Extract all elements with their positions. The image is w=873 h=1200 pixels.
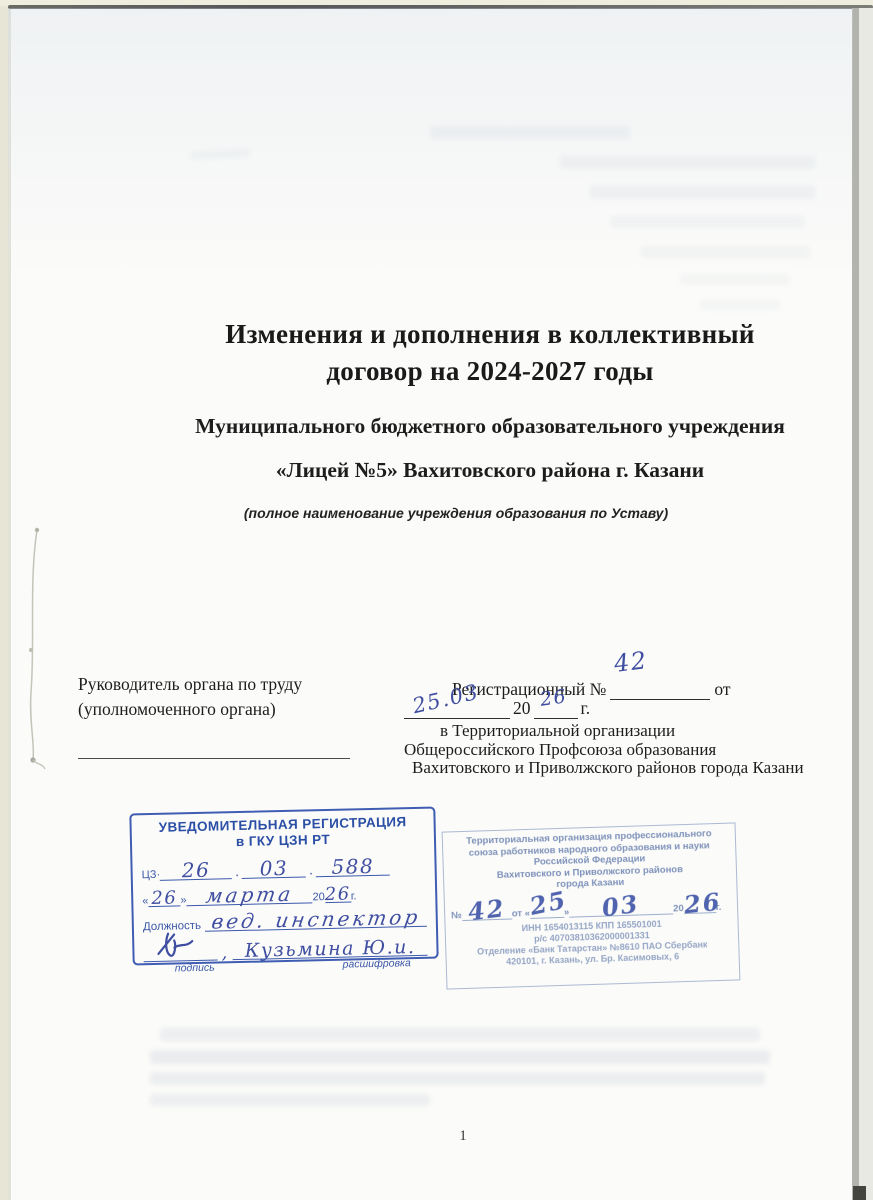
labor-authority-line-1: Руководитель органа по труду: [78, 672, 302, 697]
bleed-through-smudge: [160, 1028, 760, 1041]
registration-year-prefix: 20: [513, 698, 531, 719]
month-value: марта: [205, 886, 295, 904]
registration-org-line-2: Общероссийского Профсоюза образования: [404, 740, 716, 760]
cz-value-1: 26: [182, 862, 211, 879]
signature-blank: [143, 929, 218, 963]
title-line-2: договор на 2024-2027 годы: [100, 353, 873, 390]
day-value: 26: [151, 891, 177, 906]
scan-tint: [8, 8, 853, 278]
union-no-blank: 42: [461, 899, 512, 921]
union-day-blank: 25: [529, 897, 564, 918]
cz-separator-2: .: [309, 861, 313, 877]
union-year-prefix: 20: [673, 903, 684, 914]
name-blank: Кузьмина Ю.и.: [232, 937, 427, 960]
labor-authority-signature-line: [78, 758, 350, 759]
organization-name-line-2: «Лицей №5» Вахитовского района г. Казани: [100, 458, 873, 483]
bleed-through-smudge: [150, 1072, 765, 1085]
stamp-signature-row: , Кузьмина Ю.и.: [143, 929, 428, 962]
year-blank: 26: [324, 883, 350, 903]
signature-icon: [154, 931, 207, 958]
bleed-through-smudge: [150, 1094, 430, 1106]
registration-year-suffix: г.: [581, 698, 591, 719]
cz-label: ЦЗ·: [142, 869, 161, 881]
employment-center-stamp: УВЕДОМИТЕЛЬНАЯ РЕГИСТРАЦИЯ в ГКУ ЦЗН РТ …: [129, 807, 438, 966]
registration-number-handwritten: 42: [612, 646, 649, 678]
union-month-blank: 03: [569, 894, 674, 917]
union-stamp-header: Территориальная организация профессионал…: [443, 823, 737, 894]
stamp-cz-row: ЦЗ· 26 . 03 . 588: [141, 851, 425, 881]
union-day-value: 25: [528, 891, 568, 915]
bleed-through-smudge: [560, 156, 815, 169]
signature-caption: подпись: [175, 962, 215, 975]
scanned-page: Изменения и дополнения в коллективный до…: [0, 0, 873, 1200]
cz-blank-2: 03: [242, 857, 306, 879]
registration-org-line-3: Вахитовского и Приволжского районов горо…: [412, 758, 804, 778]
stamp-title: УВЕДОМИТЕЛЬНАЯ РЕГИСТРАЦИЯ в ГКУ ЦЗН РТ: [131, 809, 434, 853]
bleed-through-smudge: [610, 216, 805, 228]
year-value: 26: [325, 887, 351, 902]
registration-org-line-1: в Территориальной организации: [440, 721, 675, 741]
union-stamp: Территориальная организация профессионал…: [442, 822, 741, 989]
cz-blank-3: 588: [316, 855, 390, 878]
registration-year-blank: 26: [534, 703, 578, 719]
registration-ot-label: от: [714, 679, 730, 700]
bleed-through-smudge: [640, 246, 810, 258]
day-blank: 26: [148, 887, 180, 907]
union-year-value: 26: [683, 893, 722, 913]
position-value: вед. инспектор: [210, 909, 421, 930]
binding-thread-mark: [24, 522, 50, 777]
title-line-1: Изменения и дополнения в коллективный: [100, 316, 873, 353]
scan-right-edge: [859, 8, 873, 1200]
page-right-shadow: [852, 8, 859, 1200]
year-suffix: г.: [351, 890, 357, 902]
union-no-value: 42: [467, 900, 506, 921]
organization-name-line-1: Муниципального бюджетного образовательно…: [100, 414, 873, 439]
year-prefix: 20: [312, 891, 325, 903]
comma: ,: [221, 946, 229, 961]
bleed-through-smudge: [680, 274, 790, 285]
union-no-label: №: [451, 910, 462, 921]
bleed-through-smudge: [150, 1050, 770, 1064]
month-blank: марта: [186, 882, 312, 906]
bleed-through-smudge: [590, 186, 815, 199]
registration-year-handwritten: 26: [538, 685, 568, 711]
position-blank: вед. инспектор: [205, 906, 427, 932]
corner-mark: [853, 1186, 866, 1200]
union-month-value: 03: [601, 895, 640, 917]
union-ot-label: от «: [512, 907, 530, 919]
document-title: Изменения и дополнения в коллективный до…: [100, 316, 873, 390]
organization-name-note: (полное наименование учреждения образова…: [66, 505, 846, 521]
bleed-through-smudge: [700, 300, 780, 310]
union-year-blank: 26: [683, 893, 716, 914]
registration-number-line: Регистрационный № от: [452, 679, 731, 700]
cz-separator-1: .: [235, 863, 239, 879]
bleed-through-smudge: [430, 126, 630, 139]
cz-value-3: 588: [331, 858, 374, 875]
name-value: Кузьмина Ю.и.: [245, 940, 416, 959]
page-number: 1: [450, 1128, 476, 1145]
scan-left-edge: [0, 0, 8, 1200]
labor-authority-block: Руководитель органа по труду (уполномоче…: [78, 672, 302, 722]
registration-number-blank: [610, 684, 710, 700]
labor-authority-line-2: (уполномоченного органа): [78, 697, 302, 722]
cz-value-2: 03: [260, 860, 289, 877]
cz-blank-1: 26: [160, 858, 232, 881]
